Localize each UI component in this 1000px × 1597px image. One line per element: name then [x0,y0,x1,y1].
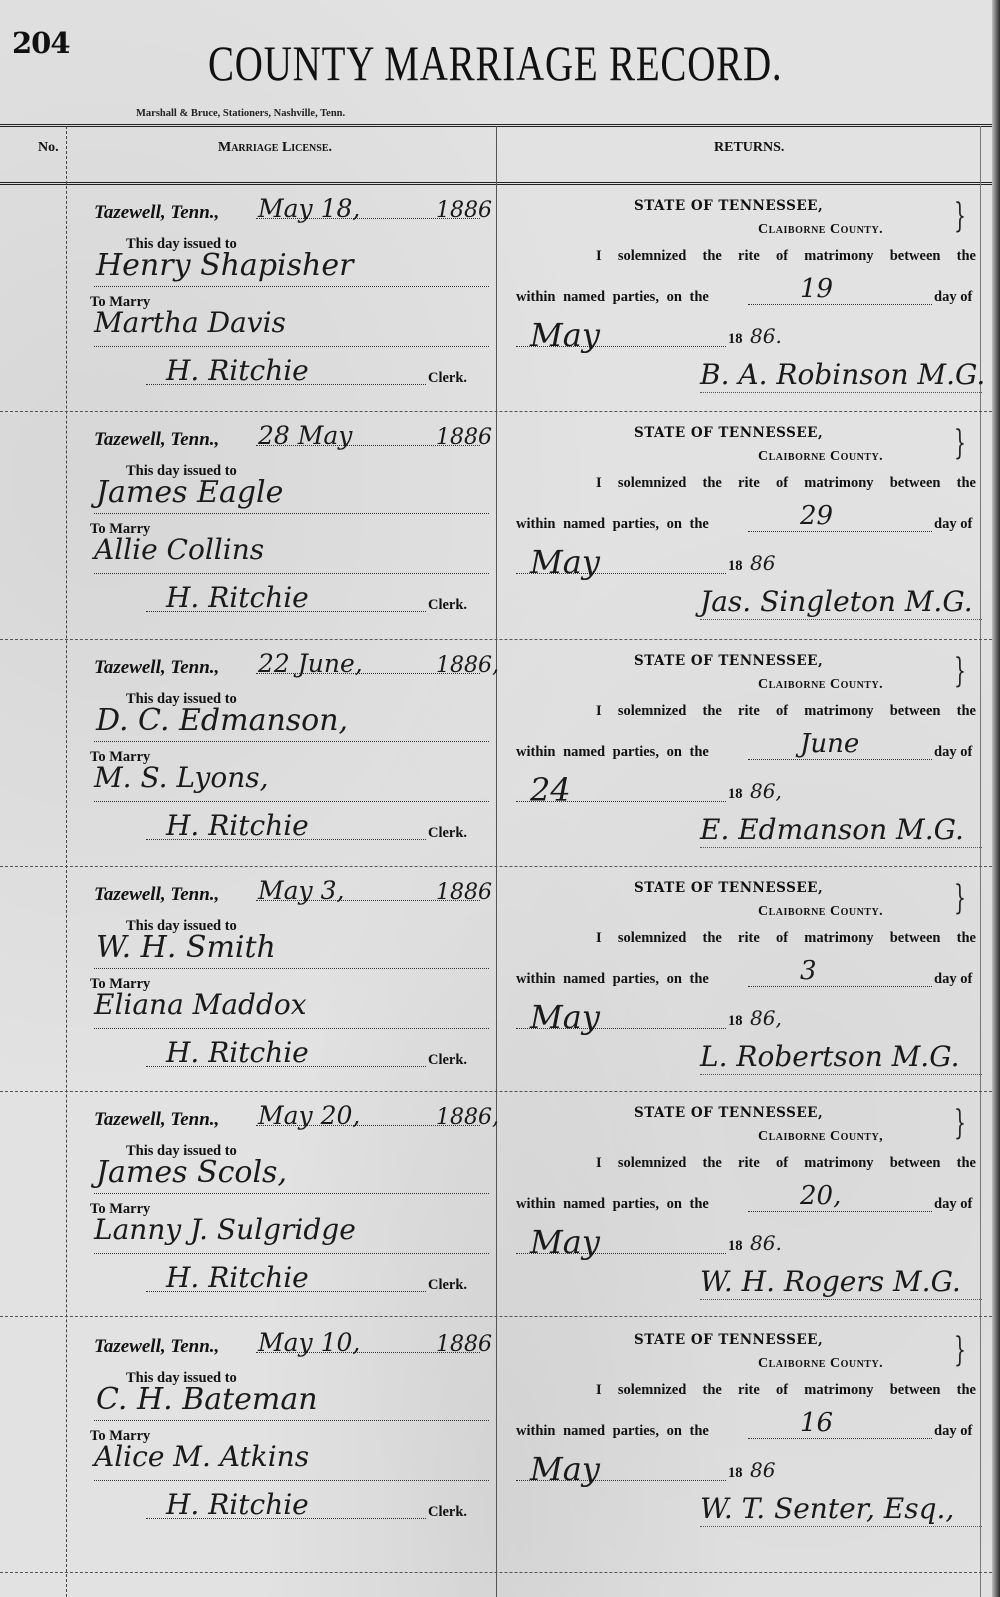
marriage-month: May [530,1450,600,1488]
groom-name: James Eagle [96,475,283,510]
bride-name: Alice M. Atkins [94,1440,309,1473]
groom-fill-line [94,1420,489,1421]
within-text: within named parties, on the [516,744,709,761]
groom-name: James Scols, [96,1155,287,1190]
groom-fill-line [94,968,489,969]
day-fill-line [748,304,932,305]
register-page: 204 COUNTY MARRIAGE RECORD. Marshall & B… [0,0,1000,1597]
license-year: 1886 [436,198,492,223]
groom-name: D. C. Edmanson, [96,703,348,738]
bride-fill-line [94,1028,489,1029]
marriage-month: May [530,316,600,354]
solemnized-text: I solemnized the rite of matrimony betwe… [596,1155,976,1172]
marriage-year-suffix: 86. [750,1231,782,1255]
solemnized-text: I solemnized the rite of matrimony betwe… [596,703,976,720]
column-header-returns: RETURNS. [714,140,784,156]
license-section: Tazewell, Tenn., May 3, 1886 This day is… [66,868,498,1091]
clerk-fill-line [146,1066,426,1067]
returns-section: STATE OF TENNESSEE, Claiborne County. } … [500,868,992,1091]
marriage-entry-1: Tazewell, Tenn., May 18, 1886 This day i… [0,186,992,411]
state-label: STATE OF TENNESSEE, [634,1332,823,1348]
day-of-label: day of [934,1423,972,1440]
license-date: 28 May [258,421,352,450]
year-prefix: 18 [728,786,743,803]
license-year: 1886 [436,880,492,905]
county-label: Claiborne County. [758,904,883,920]
day-of-label: day of [934,744,972,761]
clerk-fill-line [146,384,426,385]
stationer-imprint: Marshall & Bruce, Stationers, Nashville,… [136,108,345,119]
marriage-day: 20, [800,1181,841,1211]
brace-glyph: } [954,1330,966,1370]
returns-section: STATE OF TENNESSEE, Claiborne County. } … [500,1320,992,1572]
marriage-year-suffix: 86, [750,779,782,803]
marriage-year-suffix: 86 [750,1458,775,1482]
officiant-fill-line [700,1299,982,1300]
solemnized-text: I solemnized the rite of matrimony betwe… [596,1382,976,1399]
solemnized-text: I solemnized the rite of matrimony betwe… [596,248,976,265]
clerk-label: Clerk. [428,370,467,387]
clerk-signature: H. Ritchie [166,354,309,387]
license-year: 1886 [436,1332,492,1357]
clerk-fill-line [146,839,426,840]
marriage-year-suffix: 86 [750,551,775,575]
officiant-signature: L. Robertson M.G. [700,1040,959,1073]
entry-separator [0,1572,992,1573]
groom-name: C. H. Bateman [96,1382,318,1417]
place-label: Tazewell, Tenn., [94,1109,219,1131]
entry-separator [0,1091,992,1092]
bride-name: Allie Collins [94,533,264,566]
groom-fill-line [94,741,489,742]
page-number: 204 [12,26,70,60]
license-section: Tazewell, Tenn., May 20, 1886, This day … [66,1093,498,1316]
marriage-day: 3 [800,956,817,986]
groom-fill-line [94,513,489,514]
bride-name: Martha Davis [94,306,286,339]
state-label: STATE OF TENNESSEE, [634,1105,823,1121]
marriage-month: 24 [530,771,571,809]
year-prefix: 18 [728,1238,743,1255]
marriage-day: 29 [800,501,833,531]
day-fill-line [748,1438,932,1439]
state-label: STATE OF TENNESSEE, [634,880,823,896]
bride-fill-line [94,1253,489,1254]
marriage-month: May [530,998,600,1036]
license-section: Tazewell, Tenn., 28 May 1886 This day is… [66,413,498,639]
license-year: 1886 [436,425,492,450]
place-label: Tazewell, Tenn., [94,429,219,451]
groom-name: Henry Shapisher [96,248,353,283]
place-label: Tazewell, Tenn., [94,1336,219,1358]
bride-fill-line [94,801,489,802]
marriage-entry-2: Tazewell, Tenn., 28 May 1886 This day is… [0,413,992,639]
marriage-entry-3: Tazewell, Tenn., 22 June, 1886, This day… [0,641,992,866]
county-label: Claiborne County. [758,449,883,465]
license-date: May 10, [258,1328,360,1357]
bride-fill-line [94,573,489,574]
license-year: 1886, [436,653,499,678]
within-text: within named parties, on the [516,1196,709,1213]
year-prefix: 18 [728,1013,743,1030]
license-section: Tazewell, Tenn., 22 June, 1886, This day… [66,641,498,866]
within-text: within named parties, on the [516,1423,709,1440]
marriage-year-suffix: 86. [750,324,782,348]
clerk-signature: H. Ritchie [166,809,309,842]
book-binding-edge [992,0,1000,1597]
license-date: May 20, [258,1101,360,1130]
day-of-label: day of [934,971,972,988]
brace-glyph: } [954,196,966,236]
clerk-signature: H. Ritchie [166,581,309,614]
county-label: Claiborne County. [758,1356,883,1372]
officiant-fill-line [700,392,982,393]
marriage-entry-4: Tazewell, Tenn., May 3, 1886 This day is… [0,868,992,1091]
bride-fill-line [94,346,489,347]
officiant-signature: W. T. Senter, Esq., [700,1492,954,1525]
clerk-label: Clerk. [428,825,467,842]
column-header-no: No. [38,140,59,156]
marriage-entry-6: Tazewell, Tenn., May 10, 1886 This day i… [0,1320,992,1572]
year-prefix: 18 [728,558,743,575]
clerk-signature: H. Ritchie [166,1488,309,1521]
within-text: within named parties, on the [516,971,709,988]
clerk-label: Clerk. [428,1277,467,1294]
clerk-signature: H. Ritchie [166,1261,309,1294]
license-section: Tazewell, Tenn., May 10, 1886 This day i… [66,1320,498,1572]
bride-name: Lanny J. Sulgridge [94,1213,356,1246]
marriage-month: May [530,1223,600,1261]
officiant-fill-line [700,847,982,848]
officiant-signature: Jas. Singleton M.G. [700,585,973,618]
license-date: 22 June, [258,649,363,678]
license-date: May 3, [258,876,344,905]
state-label: STATE OF TENNESSEE, [634,653,823,669]
officiant-fill-line [700,1526,982,1527]
brace-glyph: } [954,878,966,918]
marriage-day: 16 [800,1408,833,1438]
day-fill-line [748,759,932,760]
license-year: 1886, [436,1105,499,1130]
day-of-label: day of [934,289,972,306]
entry-separator [0,639,992,640]
bride-fill-line [94,1480,489,1481]
clerk-fill-line [146,1518,426,1519]
license-date: May 18, [258,194,360,223]
state-label: STATE OF TENNESSEE, [634,198,823,214]
solemnized-text: I solemnized the rite of matrimony betwe… [596,930,976,947]
county-label: Claiborne County, [758,1129,883,1145]
clerk-label: Clerk. [428,1052,467,1069]
day-fill-line [748,531,932,532]
groom-name: W. H. Smith [96,930,276,965]
marriage-day: June [800,729,859,759]
returns-section: STATE OF TENNESSEE, Claiborne County. } … [500,186,992,411]
column-header-license: Marriage License. [218,140,332,156]
marriage-entry-5: Tazewell, Tenn., May 20, 1886, This day … [0,1093,992,1316]
officiant-signature: W. H. Rogers M.G. [700,1265,961,1298]
clerk-label: Clerk. [428,1504,467,1521]
marriage-month: May [530,543,600,581]
place-label: Tazewell, Tenn., [94,884,219,906]
groom-fill-line [94,286,489,287]
returns-section: STATE OF TENNESSEE, Claiborne County, } … [500,1093,992,1316]
entry-separator [0,1316,992,1317]
page-title: COUNTY MARRIAGE RECORD. [208,34,782,92]
day-fill-line [748,1211,932,1212]
day-fill-line [748,986,932,987]
license-section: Tazewell, Tenn., May 18, 1886 This day i… [66,186,498,411]
officiant-fill-line [700,619,982,620]
county-label: Claiborne County. [758,677,883,693]
clerk-label: Clerk. [428,597,467,614]
returns-section: STATE OF TENNESSEE, Claiborne County. } … [500,413,992,639]
year-prefix: 18 [728,1465,743,1482]
day-of-label: day of [934,516,972,533]
within-text: within named parties, on the [516,289,709,306]
marriage-year-suffix: 86, [750,1006,782,1030]
bride-name: Eliana Maddox [94,988,307,1021]
officiant-fill-line [700,1074,982,1075]
entry-separator [0,411,992,412]
year-prefix: 18 [728,331,743,348]
returns-section: STATE OF TENNESSEE, Claiborne County. } … [500,641,992,866]
brace-glyph: } [954,1103,966,1143]
brace-glyph: } [954,423,966,463]
officiant-signature: E. Edmanson M.G. [700,813,964,846]
brace-glyph: } [954,651,966,691]
day-of-label: day of [934,1196,972,1213]
marriage-day: 19 [800,274,833,304]
bride-name: M. S. Lyons, [94,761,269,794]
solemnized-text: I solemnized the rite of matrimony betwe… [596,475,976,492]
clerk-fill-line [146,611,426,612]
clerk-signature: H. Ritchie [166,1036,309,1069]
place-label: Tazewell, Tenn., [94,202,219,224]
clerk-fill-line [146,1291,426,1292]
county-label: Claiborne County. [758,222,883,238]
place-label: Tazewell, Tenn., [94,657,219,679]
within-text: within named parties, on the [516,516,709,533]
officiant-signature: B. A. Robinson M.G. [700,358,985,391]
state-label: STATE OF TENNESSEE, [634,425,823,441]
groom-fill-line [94,1193,489,1194]
entry-separator [0,866,992,867]
